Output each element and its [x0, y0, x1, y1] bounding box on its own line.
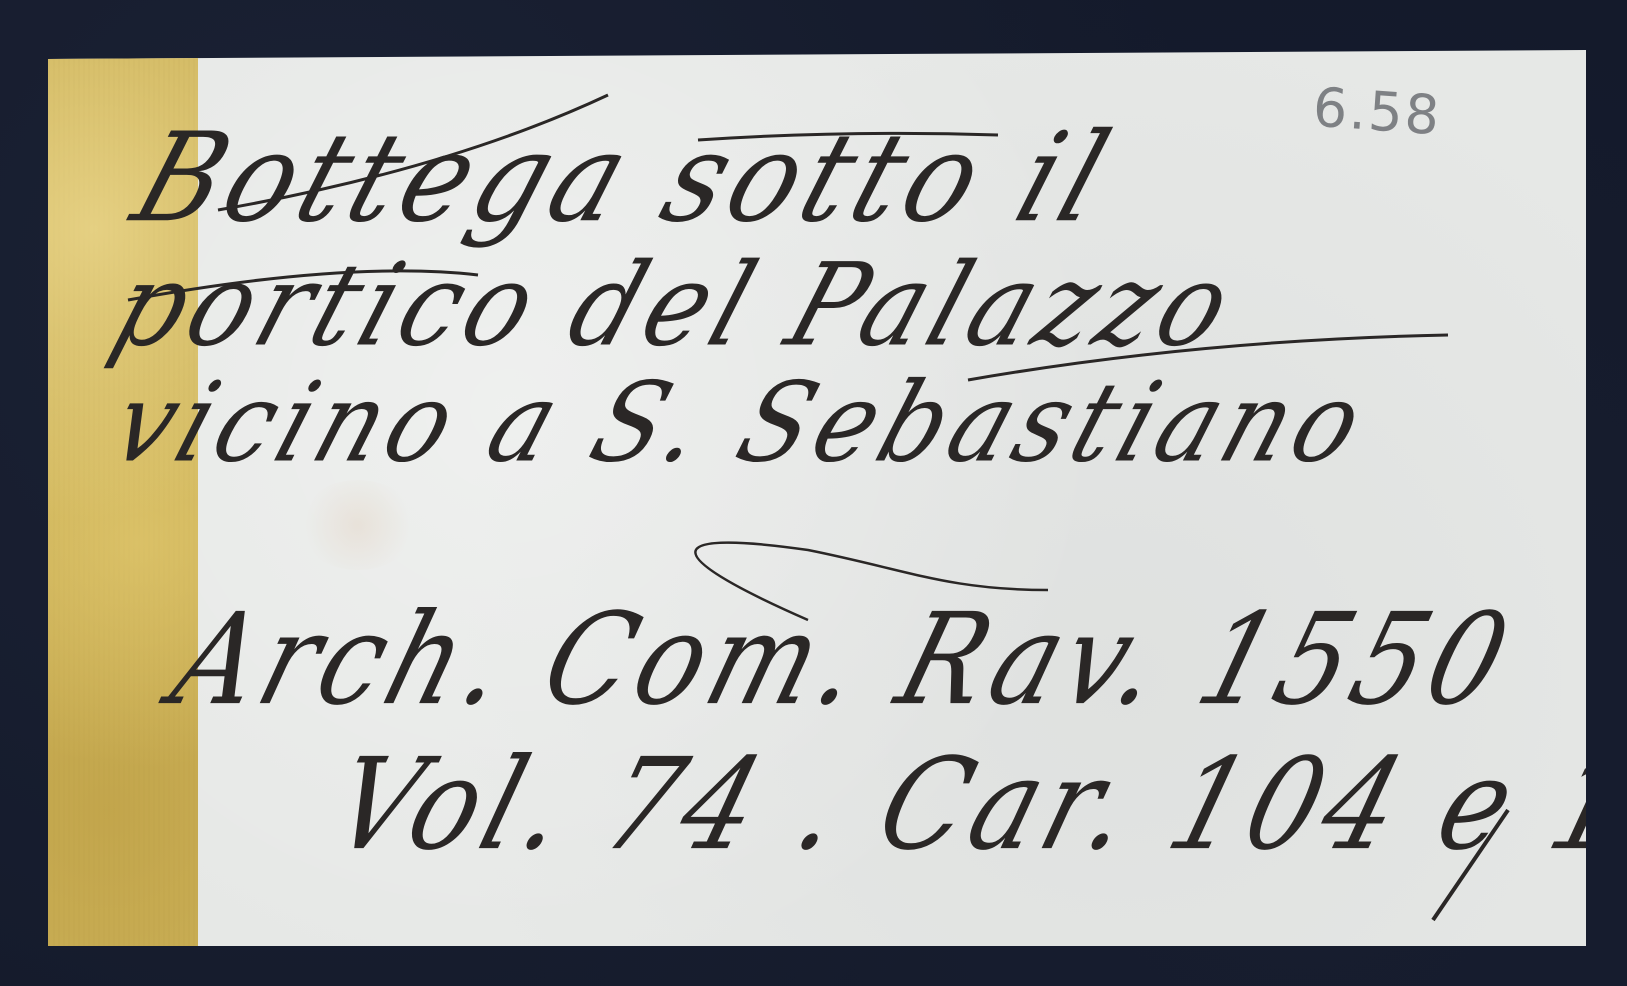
handwritten-line-1: Bottega sotto il [118, 107, 1130, 250]
pencil-annotation: 6.58 [1311, 76, 1443, 148]
note-card: 6.58 Bottega sotto il portico del Palazz… [48, 50, 1586, 946]
paper-stain [298, 480, 418, 570]
handwritten-line-5: Vol. 74 . Car. 104 e 107 [318, 731, 1586, 878]
handwritten-line-3: vicino a S. Sebastiano [98, 358, 1384, 487]
handwritten-line-2: portico del Palazzo [98, 238, 1253, 372]
handwritten-line-4: Arch. Com. Rav. 1550 [158, 586, 1529, 733]
